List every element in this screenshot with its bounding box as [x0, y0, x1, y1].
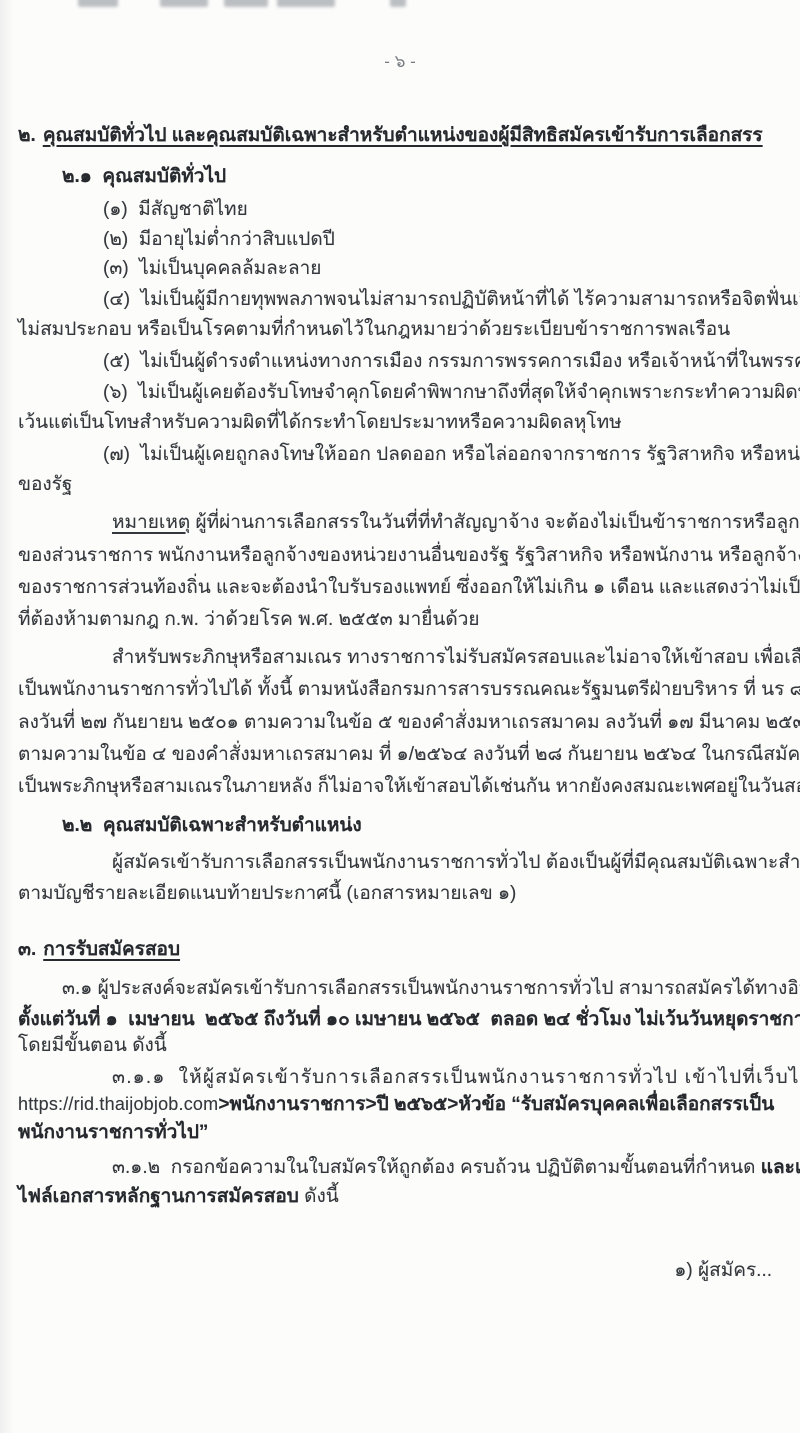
monk-paragraph-line-5: เป็นพระภิกษุหรือสามเณรในภายหลัง ก็ไม่อาจ…: [18, 773, 800, 800]
scanned-document-page: - ๖ - ๒.คุณสมบัติทั่วไป และคุณสมบัติเฉพา…: [0, 0, 800, 1433]
qualification-item-4-line-2: ไม่สมประกอบ หรือเป็นโรคตามที่กำหนดไว้ในก…: [18, 316, 730, 343]
note-paragraph-line-4: ที่ต้องห้ามตามกฎ ก.พ. ว่าด้วยโรค พ.ศ. ๒๕…: [18, 606, 480, 633]
section-3-1-2-line-1: ๓.๑.๒ กรอกข้อความในใบสมัครให้ถูกต้อง ครบ…: [112, 1154, 800, 1181]
scan-artifact-blob: [390, 0, 406, 7]
scan-artifact-blob: [224, 0, 268, 7]
page-number: - ๖ -: [0, 48, 800, 75]
website-path-and-topic: >พนักงานราชการ>ปี ๒๕๖๕>หัวข้อ “รับสมัครบ…: [218, 1094, 774, 1115]
note-label: หมายเหตุ: [112, 512, 190, 533]
section-2-heading: ๒.คุณสมบัติทั่วไป และคุณสมบัติเฉพาะสำหรั…: [18, 122, 763, 149]
monk-paragraph-line-1: สำหรับพระภิกษุหรือสามเณร ทางราชการไม่รับ…: [112, 644, 800, 671]
section-2-2-body-line-2: ตามบัญชีรายละเอียดแนบท้ายประกาศนี้ (เอกส…: [18, 880, 516, 907]
monk-paragraph-line-2: เป็นพนักงานราชการทั่วไปได้ ทั้งนี้ ตามหน…: [18, 676, 800, 703]
section-3-1-2-line-2-bold: ไฟล์เอกสารหลักฐานการสมัครสอบ: [18, 1186, 304, 1207]
section-2-2-body-line-1: ผู้สมัครเข้ารับการเลือกสรรเป็นพนักงานราช…: [112, 849, 800, 876]
qualification-item-3: (๓) ไม่เป็นบุคคลล้มละลาย: [103, 255, 321, 282]
section-2-number: ๒.: [18, 125, 36, 146]
scan-artifact-blob: [160, 0, 208, 7]
note-line-1-rest: ผู้ที่ผ่านการเลือกสรรในวันที่ที่ทำสัญญาจ…: [190, 512, 800, 533]
section-2-title: คุณสมบัติทั่วไป และคุณสมบัติเฉพาะสำหรับต…: [43, 125, 763, 146]
monk-paragraph-line-3: ลงวันที่ ๒๗ กันยายน ๒๕๐๑ ตามความในข้อ ๕ …: [18, 709, 800, 736]
page-continuation-marker: ๑) ผู้สมัคร...: [674, 1257, 772, 1284]
qualification-item-6-line-1: (๖) ไม่เป็นผู้เคยต้องรับโทษจำคุกโดยคำพิพ…: [103, 379, 800, 406]
qualification-item-6-line-2: เว้นแต่เป็นโทษสำหรับความผิดที่ได้กระทำโด…: [18, 409, 622, 436]
section-3-1-line-3: โดยมีขั้นตอน ดังนี้: [18, 1032, 167, 1059]
section-3-title: การรับสมัครสอบ: [43, 939, 180, 960]
section-2-2-heading: ๒.๒ คุณสมบัติเฉพาะสำหรับตำแหน่ง: [62, 812, 362, 839]
section-3-1-2-line-1-bold: และแนบ: [761, 1157, 800, 1178]
section-3-1-line-1: ๓.๑ ผู้ประสงค์จะสมัครเข้ารับการเลือกสรรเ…: [62, 975, 800, 1002]
section-3-number: ๓.: [18, 939, 36, 960]
qualification-item-1: (๑) มีสัญชาติไทย: [103, 196, 248, 223]
section-3-1-2-line-2: ไฟล์เอกสารหลักฐานการสมัครสอบ ดังนี้: [18, 1183, 339, 1210]
section-3-1-2-line-1-normal: ๓.๑.๒ กรอกข้อความในใบสมัครให้ถูกต้อง ครบ…: [112, 1157, 761, 1178]
section-3-1-1-line-2: https://rid.thaijobjob.com>พนักงานราชการ…: [18, 1091, 774, 1118]
scan-artifact-blob: [277, 0, 335, 7]
qualification-item-4-line-1: (๔) ไม่เป็นผู้มีกายทุพพลภาพจนไม่สามารถปฏ…: [103, 286, 800, 313]
note-paragraph-line-1: หมายเหตุ ผู้ที่ผ่านการเลือกสรรในวันที่ที…: [112, 509, 800, 536]
qualification-item-7-line-2: ของรัฐ: [18, 471, 72, 498]
scan-artifact-blob: [78, 0, 118, 7]
qualification-item-2: (๒) มีอายุไม่ต่ำกว่าสิบแปดปี: [103, 226, 335, 253]
note-paragraph-line-2: ของส่วนราชการ พนักงานหรือลูกจ้างของหน่วย…: [18, 542, 800, 569]
section-3-1-1-line-3: พนักงานราชการทั่วไป”: [18, 1119, 208, 1146]
section-3-1-1-line-1: ๓.๑.๑ ให้ผู้สมัครเข้ารับการเลือกสรรเป็นพ…: [112, 1064, 800, 1091]
monk-paragraph-line-4: ตามความในข้อ ๔ ของคำสั่งมหาเถรสมาคม ที่ …: [18, 741, 800, 768]
application-website-url: https://rid.thaijobjob.com: [18, 1094, 218, 1114]
section-3-1-line-2-dates: ตั้งแต่วันที่ ๑ เมษายน ๒๕๖๕ ถึงวันที่ ๑๐…: [18, 1006, 800, 1033]
qualification-item-7-line-1: (๗) ไม่เป็นผู้เคยถูกลงโทษให้ออก ปลดออก ห…: [103, 441, 800, 468]
section-2-1-heading: ๒.๑ คุณสมบัติทั่วไป: [62, 163, 226, 190]
section-3-1-2-line-2-normal: ดังนี้: [304, 1186, 339, 1207]
note-paragraph-line-3: ของราชการส่วนท้องถิ่น และจะต้องนำใบรับรอ…: [18, 574, 800, 601]
section-3-heading: ๓.การรับสมัครสอบ: [18, 936, 180, 963]
qualification-item-5: (๕) ไม่เป็นผู้ดำรงตำแหน่งทางการเมือง กรร…: [103, 348, 800, 375]
